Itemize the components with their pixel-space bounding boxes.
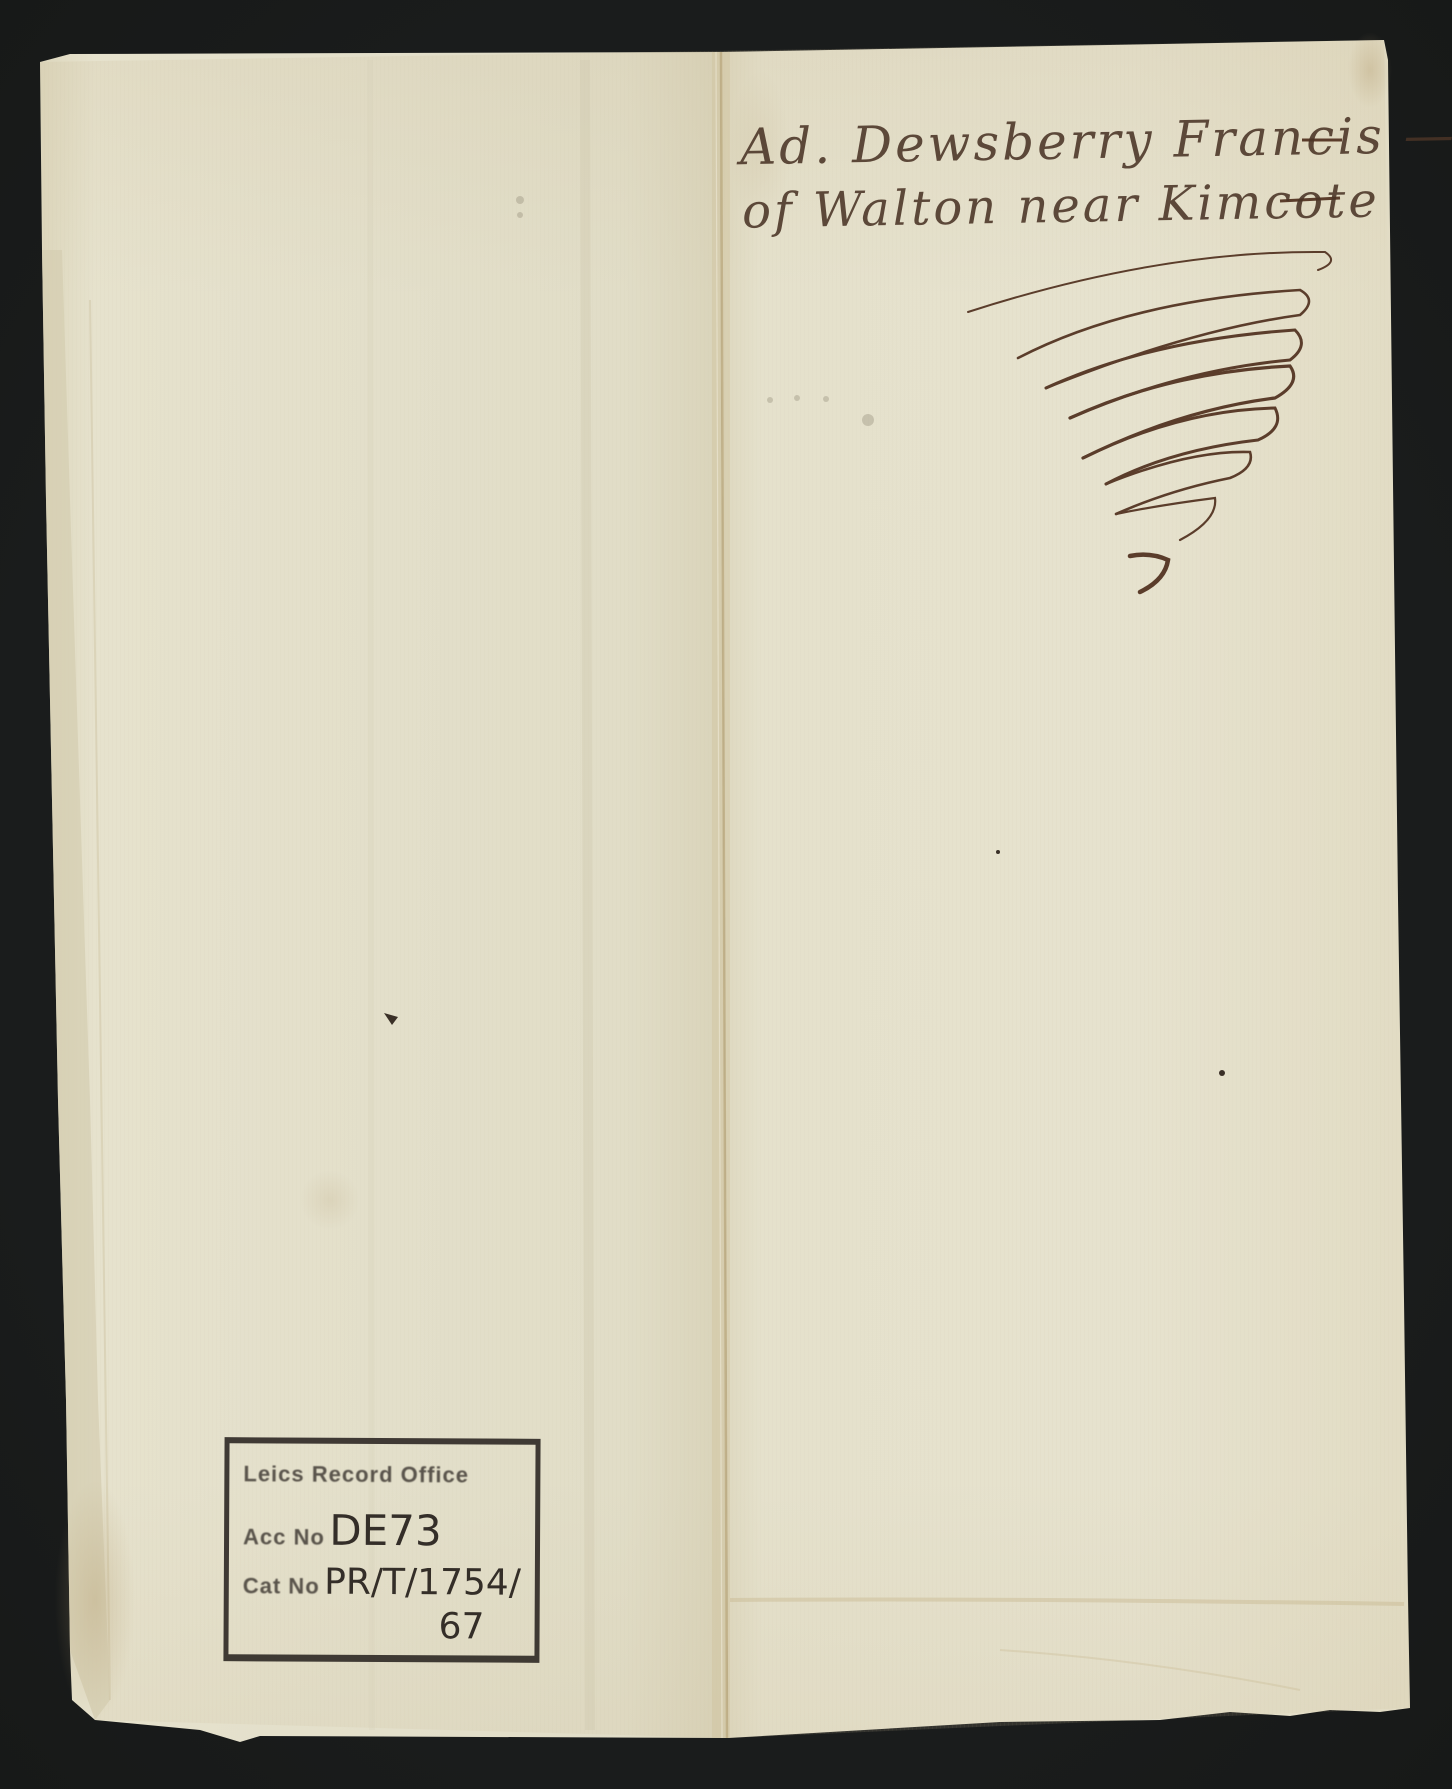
stamp-cat-value-2: 67: [438, 1606, 484, 1647]
stamp-acc-label: Acc No: [243, 1524, 325, 1549]
stamp-acc-row: Acc No DE73: [243, 1505, 442, 1555]
stamp-cat-row-2: 67: [438, 1606, 484, 1647]
endorsement-line-1: Ad. Dewsberry Francis —: [740, 106, 1452, 176]
paper-sheet: [0, 0, 1452, 1789]
stamp-cat-value: PR/T/1754/: [324, 1562, 521, 1604]
stamp-cat-label: Cat No: [243, 1573, 320, 1598]
stamp-office-row: Leics Record Office: [243, 1461, 469, 1488]
stamp-cat-row: Cat No PR/T/1754/: [243, 1561, 521, 1603]
record-office-stamp: Leics Record Office Acc No DE73 Cat No P…: [223, 1437, 540, 1663]
stamp-acc-value: DE73: [329, 1506, 442, 1556]
endorsement-line-2: of Walton near Kimcote: [742, 172, 1381, 239]
stamp-office-name: Leics Record Office: [243, 1461, 469, 1487]
document-scan: Ad. Dewsberry Francis — of Walton near K…: [0, 0, 1452, 1789]
